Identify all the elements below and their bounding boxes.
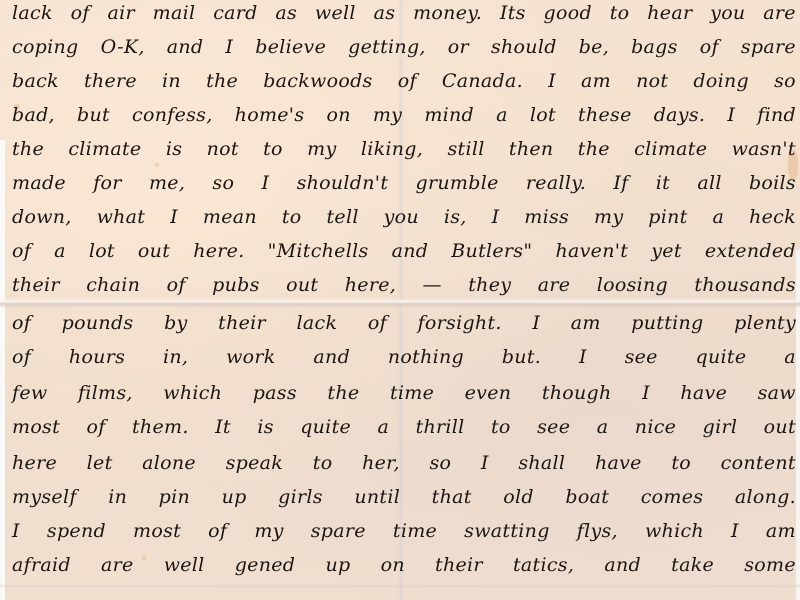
word: pint xyxy=(648,206,687,228)
word: forsight. xyxy=(418,312,502,334)
word: so xyxy=(212,172,234,194)
word: but. xyxy=(502,346,541,368)
word: alone xyxy=(142,452,196,474)
word: them. xyxy=(132,416,189,438)
word: of xyxy=(12,346,31,368)
word: along. xyxy=(735,486,796,508)
word: am xyxy=(581,70,611,92)
word: loosing xyxy=(597,274,668,296)
word: I xyxy=(170,206,178,228)
word: let xyxy=(87,452,113,474)
word: that xyxy=(432,486,472,508)
word: girl xyxy=(703,416,738,438)
word: even xyxy=(465,382,512,404)
word: doing xyxy=(693,70,749,92)
word: my xyxy=(254,520,283,542)
word: money. xyxy=(413,2,482,24)
word: well xyxy=(315,2,356,24)
word: I xyxy=(225,36,233,58)
word: out xyxy=(138,240,170,262)
word: extended xyxy=(705,240,796,262)
word: good xyxy=(544,2,592,24)
word: out xyxy=(764,416,796,438)
word: afraid xyxy=(12,554,71,576)
word: see xyxy=(625,346,658,368)
word: backwoods xyxy=(263,70,372,92)
word: I xyxy=(642,382,650,404)
word: see xyxy=(537,416,570,438)
word: most xyxy=(133,520,181,542)
word: I xyxy=(548,70,556,92)
word: of xyxy=(700,36,719,58)
word: mind xyxy=(424,104,474,126)
word: nice xyxy=(635,416,676,438)
word: are xyxy=(538,274,571,296)
word: spend xyxy=(47,520,106,542)
word: to xyxy=(282,206,302,228)
word: hours xyxy=(69,346,125,368)
word: here, xyxy=(345,274,396,296)
word: days. xyxy=(654,104,706,126)
word: climate xyxy=(634,138,707,160)
word: plenty xyxy=(734,312,796,334)
word: saw xyxy=(758,382,796,404)
word: I xyxy=(261,172,269,194)
word: there xyxy=(84,70,137,92)
word: I xyxy=(492,206,500,228)
word: it xyxy=(656,172,670,194)
word: I xyxy=(12,520,20,542)
word: the xyxy=(327,382,359,404)
word: It xyxy=(215,416,231,438)
word: work xyxy=(226,346,276,368)
word: getting, xyxy=(348,36,426,58)
letter-line: afraidarewellgenedupontheirtatics,andtak… xyxy=(12,554,796,594)
word: is, xyxy=(444,206,467,228)
word: of xyxy=(71,2,90,24)
word: chain xyxy=(86,274,140,296)
word: in xyxy=(162,70,181,92)
word: boat xyxy=(565,486,609,508)
word: though xyxy=(542,382,612,404)
word: wasn't xyxy=(732,138,796,160)
word: shouldn't xyxy=(297,172,389,194)
word: have xyxy=(595,452,642,474)
word: to xyxy=(263,138,283,160)
word: thousands xyxy=(694,274,795,296)
word: bad, xyxy=(12,104,55,126)
word: of xyxy=(398,70,417,92)
word: be, xyxy=(579,36,609,58)
word: confess, xyxy=(132,104,213,126)
word: a xyxy=(54,240,66,262)
word: card xyxy=(213,2,257,24)
word: air xyxy=(107,2,134,24)
letter-line: theirchainofpubsouthere,—theyareloosingt… xyxy=(12,274,796,314)
word: all xyxy=(697,172,721,194)
word: old xyxy=(503,486,534,508)
word: a xyxy=(597,416,609,438)
word: and xyxy=(167,36,204,58)
word: pounds xyxy=(62,312,134,334)
word: to xyxy=(313,452,333,474)
word: as xyxy=(374,2,396,24)
word: — xyxy=(423,274,442,296)
word: so xyxy=(429,452,451,474)
word: most xyxy=(12,416,60,438)
letter-body: lackofairmailcardaswellasmoney.Itsgoodto… xyxy=(0,0,800,600)
word: then xyxy=(509,138,554,160)
word: their xyxy=(218,312,266,334)
word: the xyxy=(206,70,238,92)
word: miss xyxy=(524,206,569,228)
word: I xyxy=(731,520,739,542)
word: flys, xyxy=(577,520,618,542)
word: here. xyxy=(193,240,244,262)
word: you xyxy=(710,2,745,24)
word: me, xyxy=(149,172,185,194)
word: these xyxy=(578,104,632,126)
word: mean xyxy=(203,206,257,228)
word: on xyxy=(326,104,350,126)
word: myself xyxy=(12,486,77,508)
word: their xyxy=(435,554,483,576)
word: take xyxy=(671,554,714,576)
word: gened xyxy=(235,554,296,576)
word: what xyxy=(97,206,146,228)
word: films, xyxy=(78,382,133,404)
word: a xyxy=(377,416,389,438)
word: I xyxy=(727,104,735,126)
word: in xyxy=(108,486,127,508)
word: are xyxy=(101,554,134,576)
word: of xyxy=(12,240,31,262)
word: not xyxy=(207,138,239,160)
letter-page: lackofairmailcardaswellasmoney.Itsgoodto… xyxy=(0,0,800,600)
word: their xyxy=(12,274,60,296)
word: to xyxy=(610,2,630,24)
word: Its xyxy=(500,2,526,24)
word: as xyxy=(275,2,297,24)
word: my xyxy=(594,206,623,228)
word: by xyxy=(164,312,188,334)
word: spare xyxy=(311,520,366,542)
word: a xyxy=(784,346,796,368)
word: out xyxy=(286,274,318,296)
word: quite xyxy=(300,416,351,438)
word: am xyxy=(766,520,796,542)
word: time xyxy=(393,520,437,542)
word: a xyxy=(713,206,725,228)
word: nothing xyxy=(388,346,464,368)
word: for xyxy=(93,172,121,194)
word: up xyxy=(325,554,350,576)
word: are xyxy=(763,2,796,24)
word: grumble xyxy=(416,172,499,194)
word: still xyxy=(447,138,484,160)
word: lot xyxy=(89,240,115,262)
word: speak xyxy=(226,452,284,474)
word: on xyxy=(381,554,405,576)
word: should xyxy=(491,36,557,58)
word: her, xyxy=(362,452,400,474)
word: I xyxy=(532,312,540,334)
word: not xyxy=(636,70,668,92)
word: is xyxy=(257,416,273,438)
word: my xyxy=(307,138,336,160)
word: down, xyxy=(12,206,72,228)
word: pubs xyxy=(212,274,260,296)
word: and xyxy=(313,346,350,368)
word: boils xyxy=(749,172,796,194)
word: If xyxy=(613,172,628,194)
word: quite xyxy=(696,346,747,368)
word: lack xyxy=(297,312,338,334)
word: well xyxy=(164,554,205,576)
word: climate xyxy=(68,138,141,160)
word: of xyxy=(368,312,387,334)
word: I xyxy=(579,346,587,368)
word: you xyxy=(384,206,419,228)
word: mail xyxy=(153,2,196,24)
word: hear xyxy=(647,2,692,24)
word: "Mitchells xyxy=(268,240,369,262)
word: comes xyxy=(641,486,704,508)
word: am xyxy=(571,312,601,334)
word: find xyxy=(757,104,796,126)
word: liking, xyxy=(361,138,423,160)
word: spare xyxy=(741,36,796,58)
word: which xyxy=(645,520,704,542)
word: home's xyxy=(235,104,305,126)
word: have xyxy=(680,382,727,404)
word: of xyxy=(167,274,186,296)
word: and xyxy=(392,240,429,262)
word: here xyxy=(12,452,57,474)
word: the xyxy=(12,138,44,160)
word: haven't xyxy=(555,240,628,262)
word: tatics, xyxy=(513,554,574,576)
word: heck xyxy=(749,206,796,228)
word: Canada. xyxy=(442,70,523,92)
word: putting xyxy=(631,312,703,334)
word: girls xyxy=(278,486,323,508)
word: to xyxy=(491,416,511,438)
word: a xyxy=(496,104,508,126)
word: my xyxy=(373,104,402,126)
word: up xyxy=(222,486,247,508)
word: the xyxy=(578,138,610,160)
letter-line: ofhoursin,workandnothingbut.Iseequitea xyxy=(12,346,796,386)
word: some xyxy=(744,554,796,576)
word: is xyxy=(166,138,182,160)
word: or xyxy=(448,36,469,58)
word: pin xyxy=(159,486,190,508)
word: of xyxy=(12,312,31,334)
word: back xyxy=(12,70,59,92)
word: of xyxy=(86,416,105,438)
word: few xyxy=(12,382,47,404)
word: and xyxy=(604,554,641,576)
word: swatting xyxy=(464,520,550,542)
word: thrill xyxy=(416,416,465,438)
word: to xyxy=(671,452,691,474)
word: made xyxy=(12,172,66,194)
word: pass xyxy=(253,382,297,404)
word: shall xyxy=(518,452,565,474)
word: lot xyxy=(530,104,556,126)
word: time xyxy=(390,382,434,404)
letter-line: mostofthem.Itisquiteathrilltoseeanicegir… xyxy=(12,416,796,456)
word: bags xyxy=(631,36,678,58)
word: I xyxy=(481,452,489,474)
word: which xyxy=(163,382,222,404)
word: but xyxy=(77,104,110,126)
word: lack xyxy=(12,2,53,24)
word: they xyxy=(468,274,511,296)
word: Butlers" xyxy=(451,240,532,262)
word: of xyxy=(208,520,227,542)
word: so xyxy=(774,70,796,92)
word: O-K, xyxy=(101,36,145,58)
word: coping xyxy=(12,36,79,58)
word: really. xyxy=(526,172,586,194)
word: believe xyxy=(255,36,326,58)
word: content xyxy=(721,452,796,474)
word: until xyxy=(354,486,400,508)
word: yet xyxy=(651,240,682,262)
word: in, xyxy=(163,346,188,368)
word: tell xyxy=(326,206,358,228)
